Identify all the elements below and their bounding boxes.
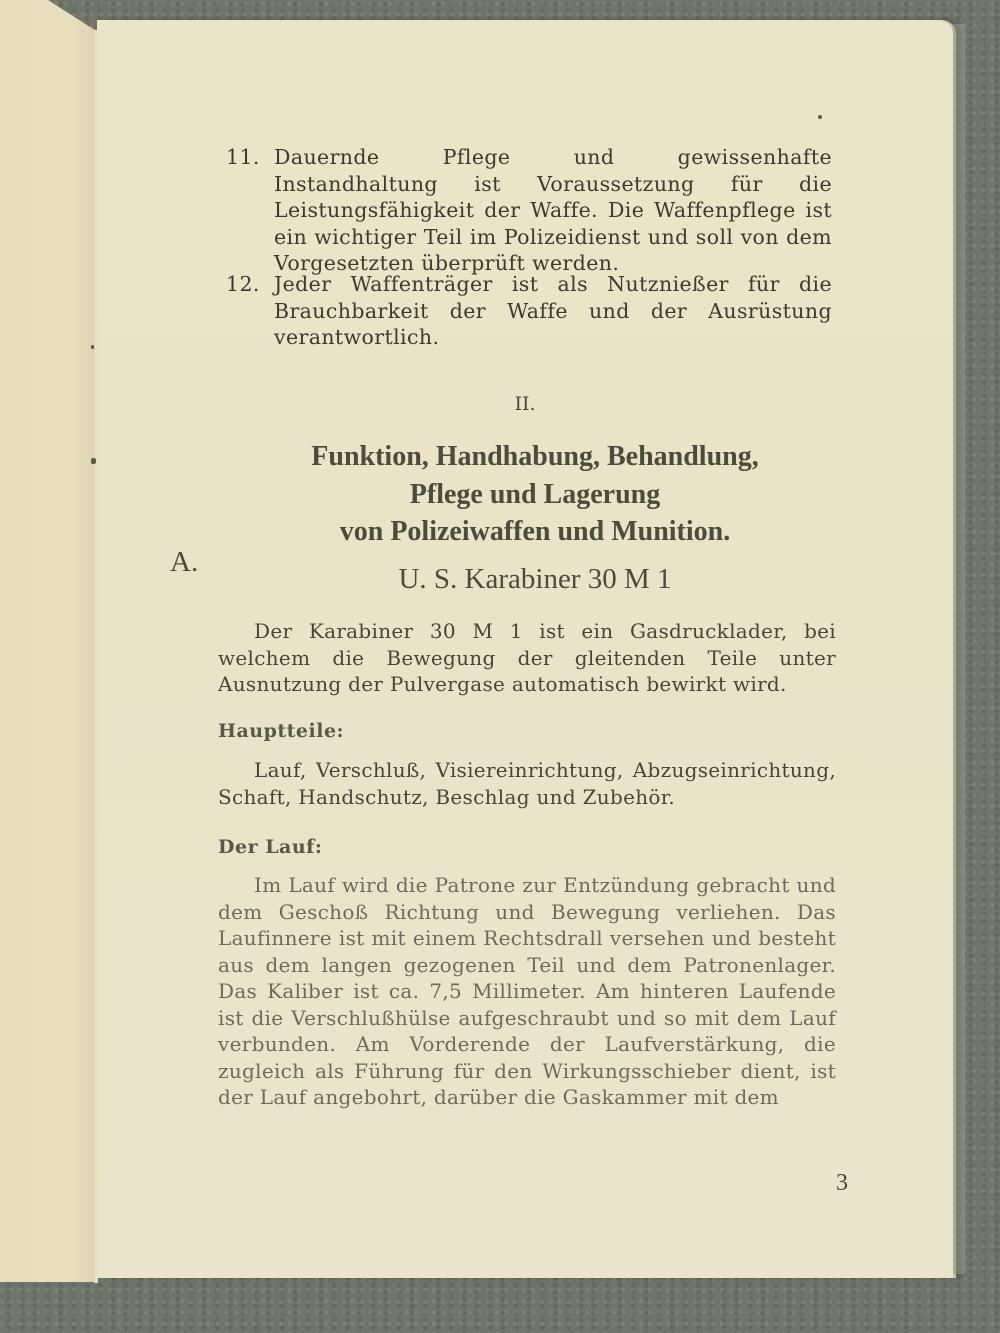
item-text: Jeder Waffenträger ist als Nutznießer fü…: [274, 271, 832, 351]
chapter-title-line: von Polizeiwaffen und Munition.: [220, 513, 850, 551]
left-page: [0, 0, 98, 1282]
page-number: 3: [836, 1170, 848, 1197]
barrel-heading: Der Lauf:: [218, 836, 322, 858]
book-spine: [94, 30, 98, 1283]
main-parts-paragraph: Lauf, Verschluß, Visiereinrichtung, Abzu…: [218, 757, 836, 810]
paper-speck: [818, 115, 822, 119]
paper-speck: [91, 345, 94, 349]
section-title: U. S. Karabiner 30 M 1: [220, 563, 850, 596]
main-parts-heading: Hauptteile:: [218, 720, 344, 742]
section-letter: A.: [170, 546, 198, 579]
barrel-paragraph: Im Lauf wird die Patrone zur Entzündung …: [218, 872, 836, 1111]
intro-paragraph: Der Karabiner 30 M 1 ist ein Gasdrucklad…: [218, 618, 836, 698]
chapter-title-line: Pflege und Lagerung: [220, 476, 850, 514]
item-text: Dauernde Pflege und gewissenhafte Instan…: [274, 144, 832, 277]
chapter-number: II.: [0, 393, 1000, 415]
page-edge: [953, 24, 965, 1274]
list-item-12: 12. Jeder Waffenträger ist als Nutznieße…: [226, 271, 832, 351]
paper-speck: [91, 458, 96, 464]
item-number: 11.: [226, 144, 260, 171]
chapter-title: Funktion, Handhabung, Behandlung, Pflege…: [220, 438, 850, 551]
item-number: 12.: [226, 271, 260, 298]
chapter-title-line: Funktion, Handhabung, Behandlung,: [220, 438, 850, 476]
list-item-11: 11. Dauernde Pflege und gewissenhafte In…: [226, 144, 832, 277]
